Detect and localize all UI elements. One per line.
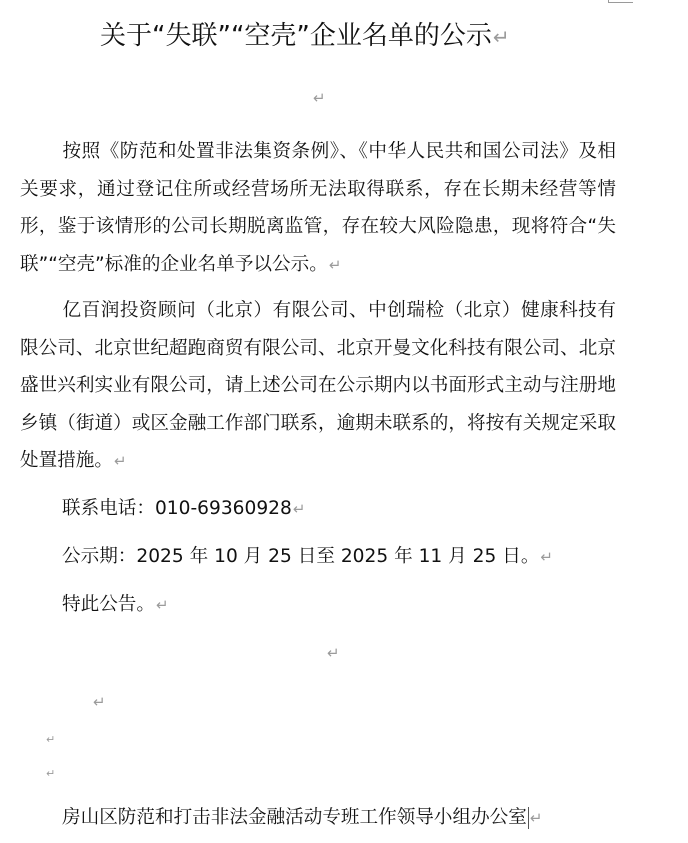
paragraph-mark-icon: ↵ xyxy=(46,732,55,748)
signature-text: 房山区防范和打击非法金融活动专班工作领导小组办公室 xyxy=(62,807,527,828)
paragraph-mark-icon: ↵ xyxy=(46,766,55,782)
paragraph-text: 按照《防范和处置非法集资条例》、《中华人民共和国公司法》及相关要求，通过登记住所… xyxy=(20,141,616,275)
paragraph-mark-icon: ↵ xyxy=(540,548,553,566)
paragraph-mark-icon: ↵ xyxy=(493,25,510,49)
paragraph-mark-icon: ↵ xyxy=(93,694,106,710)
document-title[interactable]: 关于“失联”“空壳”企业名单的公示↵ xyxy=(100,16,510,57)
contact-phone-line[interactable]: 联系电话：010-69360928↵ xyxy=(62,497,305,521)
paragraph-mark-icon: ↵ xyxy=(327,645,340,661)
paragraph-mark-icon: ↵ xyxy=(313,90,326,106)
paragraph-mark-icon: ↵ xyxy=(530,809,543,827)
signature-line[interactable]: 房山区防范和打击非法金融活动专班工作领导小组办公室↵ xyxy=(62,806,542,830)
contact-phone-text: 联系电话：010-69360928 xyxy=(62,498,292,519)
body-paragraph-1[interactable]: 按照《防范和处置非法集资条例》、《中华人民共和国公司法》及相关要求，通过登记住所… xyxy=(20,133,616,284)
closing-text: 特此公告。 xyxy=(62,594,155,615)
paragraph-text: 亿百润投资顾问（北京）有限公司、中创瑞检（北京）健康科技有限公司、北京世纪超跑商… xyxy=(20,300,616,471)
notice-period-line[interactable]: 公示期：2025 年 10 月 25 日至 2025 年 11 月 25 日。↵ xyxy=(62,545,553,569)
page-margin-corner-mark xyxy=(608,0,633,3)
paragraph-mark-icon: ↵ xyxy=(293,500,306,518)
paragraph-mark-icon: ↵ xyxy=(114,452,127,470)
text-cursor xyxy=(528,807,529,829)
title-text: 关于“失联”“空壳”企业名单的公示 xyxy=(100,21,492,51)
closing-line[interactable]: 特此公告。↵ xyxy=(62,593,169,617)
body-paragraph-2[interactable]: 亿百润投资顾问（北京）有限公司、中创瑞检（北京）健康科技有限公司、北京世纪超跑商… xyxy=(20,292,616,481)
paragraph-mark-icon: ↵ xyxy=(156,596,169,614)
notice-period-text: 公示期：2025 年 10 月 25 日至 2025 年 11 月 25 日。 xyxy=(62,546,539,567)
paragraph-mark-icon: ↵ xyxy=(329,256,342,274)
